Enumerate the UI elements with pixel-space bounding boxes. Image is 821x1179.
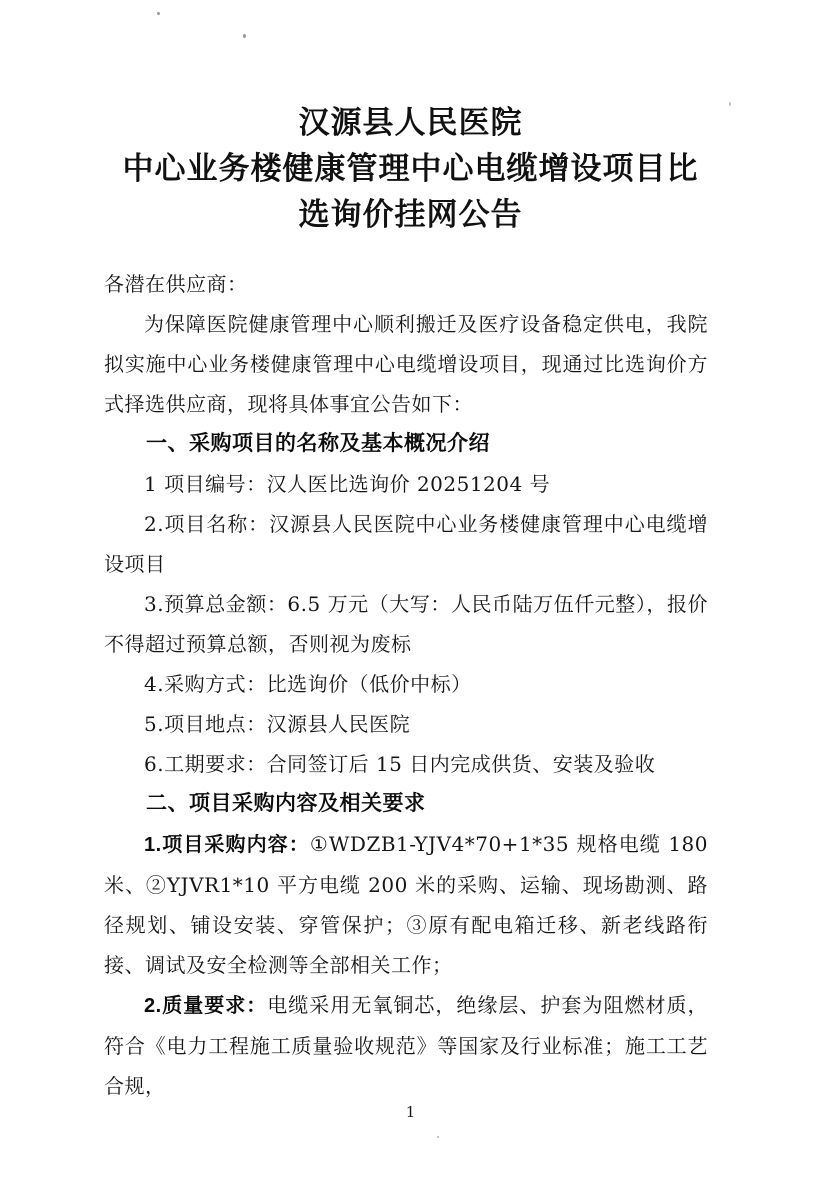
section-1-item-4: 4.采购方式：比选询价（低价中标）	[104, 664, 708, 704]
section-1-item-1: 1 项目编号：汉人医比选询价 20251204 号	[104, 464, 708, 504]
item-1-label: 1.项目采购内容：	[144, 834, 310, 856]
document-title: 汉源县人民医院 中心业务楼健康管理中心电缆增设项目比 选询价挂网公告	[60, 100, 761, 238]
section-1-item-5: 5.项目地点：汉源县人民医院	[104, 704, 708, 744]
section-2-item-1: 1.项目采购内容：①WDZB1-YJV4*70+1*35 规格电缆 180 米、…	[104, 824, 708, 985]
section-1-item-6: 6.工期要求：合同签订后 15 日内完成供货、安装及验收	[104, 744, 708, 784]
title-line-1: 汉源县人民医院	[60, 100, 761, 146]
salutation: 各潜在供应商：	[104, 264, 708, 304]
title-line-2: 中心业务楼健康管理中心电缆增设项目比	[60, 146, 761, 192]
scan-speckle	[157, 12, 160, 15]
section-1-item-3: 3.预算总金额：6.5 万元（大写：人民币陆万伍仟元整），报价不得超过预算总额，…	[104, 584, 708, 664]
intro-paragraph: 为保障医院健康管理中心顺利搬迁及医疗设备稳定供电，我院拟实施中心业务楼健康管理中…	[104, 304, 708, 424]
document-body: 各潜在供应商： 为保障医院健康管理中心顺利搬迁及医疗设备稳定供电，我院拟实施中心…	[104, 264, 708, 1106]
title-line-3: 选询价挂网公告	[60, 192, 761, 238]
scan-speckle	[437, 1136, 439, 1138]
item-2-label: 2.质量要求：	[144, 995, 267, 1017]
page-number: 1	[0, 1102, 821, 1122]
section-1-item-2: 2.项目名称：汉源县人民医院中心业务楼健康管理中心电缆增设项目	[104, 504, 708, 584]
section-2-item-2: 2.质量要求：电缆采用无氧铜芯，绝缘层、护套为阻燃材质，符合《电力工程施工质量验…	[104, 985, 708, 1106]
section-1-heading: 一、采购项目的名称及基本概况介绍	[104, 424, 708, 464]
scan-speckle	[243, 34, 246, 38]
section-2-heading: 二、项目采购内容及相关要求	[104, 784, 708, 824]
document-page: 汉源县人民医院 中心业务楼健康管理中心电缆增设项目比 选询价挂网公告 各潜在供应…	[0, 0, 821, 1179]
